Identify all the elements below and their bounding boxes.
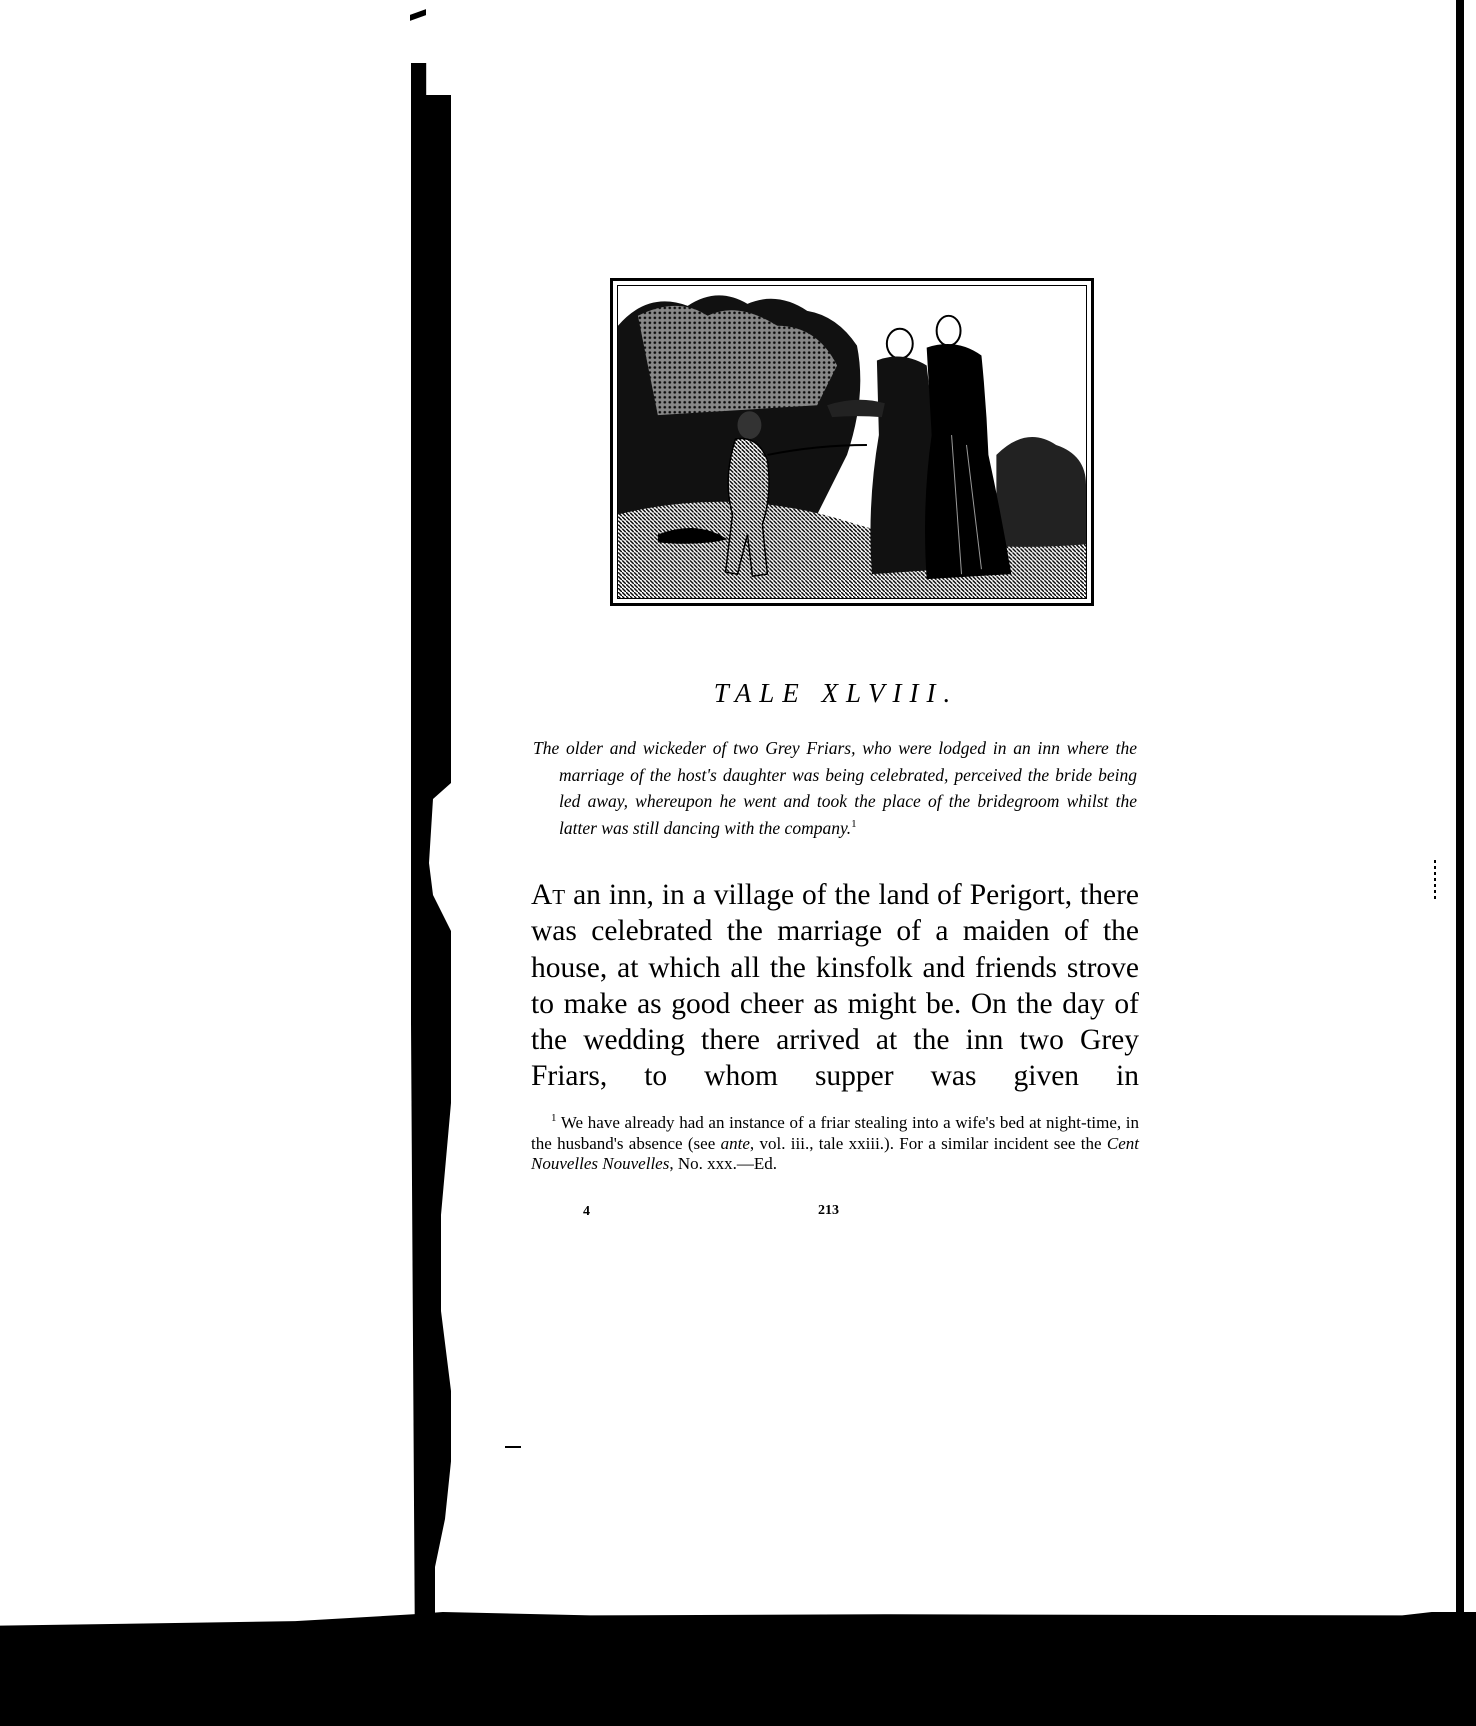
summary-text: The older and wickeder of two Grey Friar… [533,738,1137,838]
scan-speck [1434,860,1436,900]
scan-speck [505,1446,521,1448]
footnote: 1 We have already had an instance of a f… [531,1113,1139,1175]
body-paragraph: At an inn, in a village of the land of P… [531,877,1139,1095]
tale-summary: The older and wickeder of two Grey Friar… [533,735,1137,841]
page-right-edge-shadow [1456,0,1464,1640]
footnote-italic-ante: ante [721,1134,750,1153]
book-binding-shadow [411,63,451,1663]
scan-bottom-shadow [0,1612,1476,1726]
footnote-text-2: , vol. iii., tale xxiii.). For a similar… [750,1134,1107,1153]
printer-signature: 4 [583,1204,590,1220]
tale-illustration [610,278,1094,606]
footnote-reference: 1 [851,818,857,830]
footnote-marker: 1 [551,1112,557,1124]
body-lead-word: At [531,879,565,911]
scan-corner-mark [410,9,426,21]
footnote-text-3: , No. xxx.—Ed. [669,1154,777,1173]
tale-title: TALE XLVIII. [530,678,1142,709]
illustration-engraving [617,285,1087,599]
engraving-image [618,286,1086,598]
body-text: an inn, in a village of the land of Peri… [531,879,1139,1092]
page-number: 213 [818,1203,839,1219]
